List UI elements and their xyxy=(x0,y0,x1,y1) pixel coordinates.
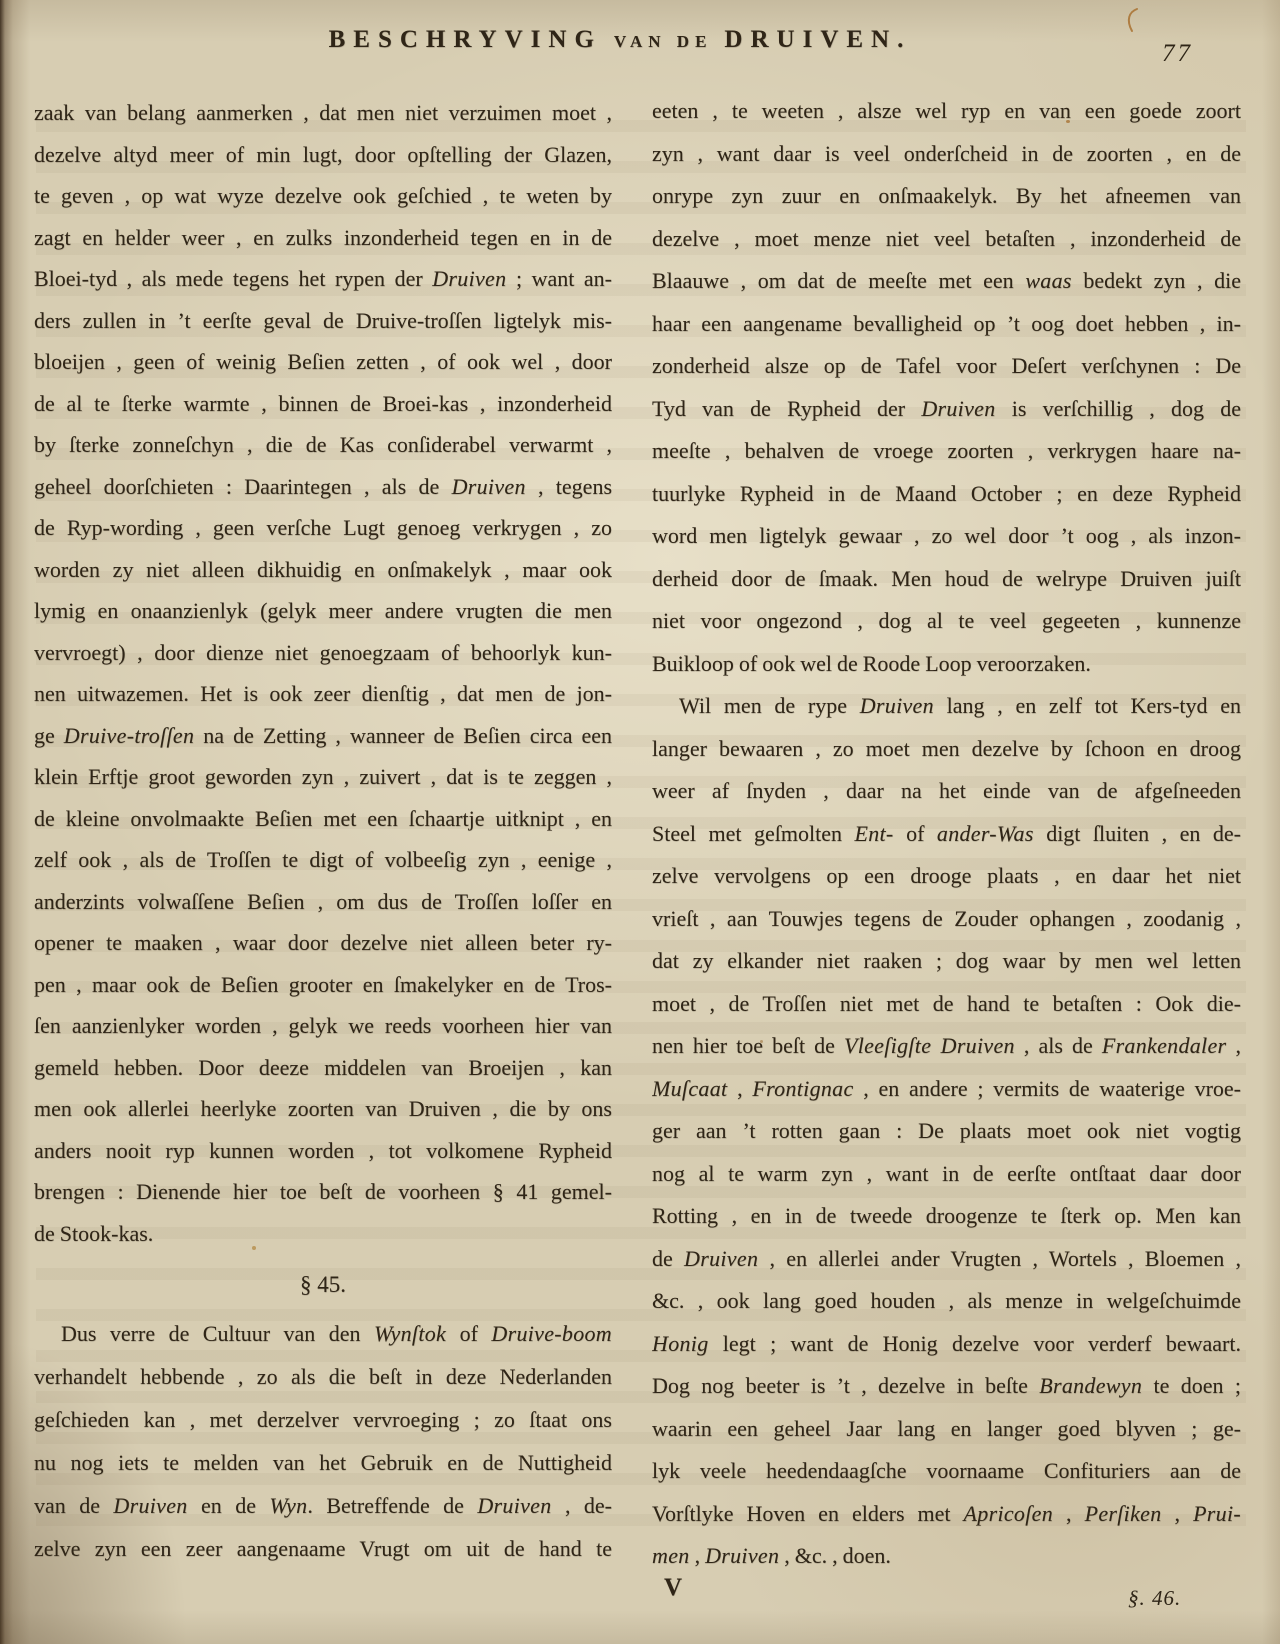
header-title-main: BESCHRYVING xyxy=(329,26,602,53)
text-line: by ſterke zonneſchyn , die de Kas conſid… xyxy=(34,424,612,466)
text-line: dat zy elkander niet raaken ; dog waar b… xyxy=(652,940,1241,983)
catchword: §. 46. xyxy=(1128,1586,1181,1611)
section-heading: § 45. xyxy=(34,1272,612,1298)
text-line: derheid door de ſmaak. Men houd de welry… xyxy=(652,558,1241,601)
text-line: dezelve altyd meer of min lugt, door opſ… xyxy=(34,134,612,176)
header-title-end: DRUIVEN. xyxy=(724,26,911,53)
left-column-section-paragraph: Dus verre de Cultuur van den Wynſtok of … xyxy=(34,1312,612,1570)
text-line: vrieſt , aan Touwjes tegens de Zouder op… xyxy=(652,898,1241,941)
text-line: zaak van belang aanmerken , dat men niet… xyxy=(34,92,612,134)
text-line: eeten , te weeten , alsze wel ryp en van… xyxy=(652,90,1241,133)
text-line: nog al te warm zyn , want in de eerſte o… xyxy=(652,1153,1241,1196)
text-line: dezelve , moet menze niet veel betaſten … xyxy=(652,218,1241,261)
text-line: van de Druiven en de Wyn. Betreffende de… xyxy=(34,1484,612,1527)
text-line: lymig en onaanzienlyk (gelyk meer andere… xyxy=(34,590,612,632)
text-line: nen hier toe beſt de Vleeſigſte Druiven … xyxy=(652,1025,1241,1068)
text-line: ger aan ’t rotten gaan : De plaats moet … xyxy=(652,1110,1241,1153)
text-line: de Stook-kas. xyxy=(34,1213,612,1255)
text-line: zyn , want daar is veel onderſcheid in d… xyxy=(652,133,1241,176)
text-line: haar een aangename bevalligheid op ’t oo… xyxy=(652,303,1241,346)
text-line: Steel met geſmolten Ent- of ander-Was di… xyxy=(652,813,1241,856)
signature-mark: V xyxy=(664,1574,682,1602)
text-line: langer bewaaren , zo moet men dezelve by… xyxy=(652,728,1241,771)
text-line: Tyd van de Rypheid der Druiven is verſch… xyxy=(652,388,1241,431)
text-line: zonderheid alsze op de Tafel voor Deſert… xyxy=(652,345,1241,388)
text-line: worden zy niet alleen dikhuidig en onſma… xyxy=(34,549,612,591)
text-line: klein Erftje groot geworden zyn , zuiver… xyxy=(34,756,612,798)
text-line: onrype zyn zuur en onſmaakelyk. By het a… xyxy=(652,175,1241,218)
header-title-connector: van de xyxy=(614,32,713,51)
page-number: 77 xyxy=(1162,40,1193,68)
text-line: anderzints volwaſſene Beſien , om dus de… xyxy=(34,881,612,923)
text-line: word men ligtelyk gewaar , zo wel door ’… xyxy=(652,515,1241,558)
text-line: zelf ook , als de Troſſen te digt of vol… xyxy=(34,839,612,881)
text-line: Dus verre de Cultuur van den Wynſtok of … xyxy=(34,1312,612,1355)
text-line: Wil men de rype Druiven lang , en zelf t… xyxy=(652,685,1241,728)
text-line: men , Druiven , &c. , doen. xyxy=(652,1535,1241,1578)
text-line: ders zullen in ’t eerſte geval de Druive… xyxy=(34,300,612,342)
text-line: bloeijen , geen of weinig Beſien zetten … xyxy=(34,341,612,383)
text-line: Dog nog beeter is ’t , dezelve in beſte … xyxy=(652,1365,1241,1408)
text-line: de al te ſterke warmte , binnen de Broei… xyxy=(34,383,612,425)
text-line: vervroegt) , door dienze niet genoegzaam… xyxy=(34,632,612,674)
text-line: Blaauwe , om dat de meeſte met een waas … xyxy=(652,260,1241,303)
text-line: waarin een geheel Jaar lang en langer go… xyxy=(652,1408,1241,1451)
text-line: de Druiven , en allerlei ander Vrugten ,… xyxy=(652,1238,1241,1281)
text-line: moet , de Troſſen niet met de hand te be… xyxy=(652,983,1241,1026)
text-line: lyk veele heedendaagſche voornaame Confi… xyxy=(652,1450,1241,1493)
text-line: &c. , ook lang goed houden , als menze i… xyxy=(652,1280,1241,1323)
text-line: zelve vervolgens op een drooge plaats , … xyxy=(652,855,1241,898)
text-line: verhandelt hebbende , zo als die beſt in… xyxy=(34,1355,612,1398)
text-line: te geven , op wat wyze dezelve ook geſch… xyxy=(34,175,612,217)
text-line: tuurlyke Rypheid in de Maand October ; e… xyxy=(652,473,1241,516)
text-line: ſen aanzienlyker worden , gelyk we reeds… xyxy=(34,1005,612,1047)
text-line: opener te maaken , waar door dezelve nie… xyxy=(34,922,612,964)
text-line: Bloei-tyd , als mede tegens het rypen de… xyxy=(34,258,612,300)
text-line: meeſte , behalven de vroege zoorten , ve… xyxy=(652,430,1241,473)
right-column-text: eeten , te weeten , alsze wel ryp en van… xyxy=(652,90,1241,1578)
text-line: ge Druive-troſſen na de Zetting , wannee… xyxy=(34,715,612,757)
text-line: Honig legt ; want de Honig dezelve voor … xyxy=(652,1323,1241,1366)
book-page-scan: BESCHRYVING van de DRUIVEN. 77 zaak van … xyxy=(0,0,1280,1644)
text-line: pen , maar ook de Beſien grooter en ſmak… xyxy=(34,964,612,1006)
running-header: BESCHRYVING van de DRUIVEN. xyxy=(0,26,1240,54)
text-line: anders nooit ryp kunnen worden , tot vol… xyxy=(34,1130,612,1172)
text-line: weer af ſnyden , daar na het einde van d… xyxy=(652,770,1241,813)
text-line: geheel doorſchieten : Daarintegen , als … xyxy=(34,466,612,508)
text-line: zelve zyn een zeer aangenaame Vrugt om u… xyxy=(34,1527,612,1570)
text-line: niet voor ongezond , dog al te veel gege… xyxy=(652,600,1241,643)
text-line: Vorſtlyke Hoven en elders met Apricoſen … xyxy=(652,1493,1241,1536)
text-line: brengen : Dienende hier toe beſt de voor… xyxy=(34,1171,612,1213)
text-line: Muſcaat , Frontignac , en andere ; vermi… xyxy=(652,1068,1241,1111)
text-line: men ook allerlei heerlyke zoorten van Dr… xyxy=(34,1088,612,1130)
left-column-paragraph: zaak van belang aanmerken , dat men niet… xyxy=(34,92,612,1254)
text-line: nen uitwazemen. Het is ook zeer dienſtig… xyxy=(34,673,612,715)
text-line: de Ryp-wording , geen verſche Lugt genoe… xyxy=(34,507,612,549)
text-line: zagt en helder weer , en zulks inzonderh… xyxy=(34,217,612,259)
text-line: Buikloop of ook wel de Roode Loop veroor… xyxy=(652,643,1241,686)
text-line: gemeld hebben. Door deeze middelen van B… xyxy=(34,1047,612,1089)
text-line: nu nog iets te melden van het Gebruik en… xyxy=(34,1441,612,1484)
text-line: Rotting , en in de tweede droogenze te ſ… xyxy=(652,1195,1241,1238)
text-line: geſchieden kan , met derzelver vervroegi… xyxy=(34,1398,612,1441)
text-line: de kleine onvolmaakte Beſien met een ſch… xyxy=(34,798,612,840)
